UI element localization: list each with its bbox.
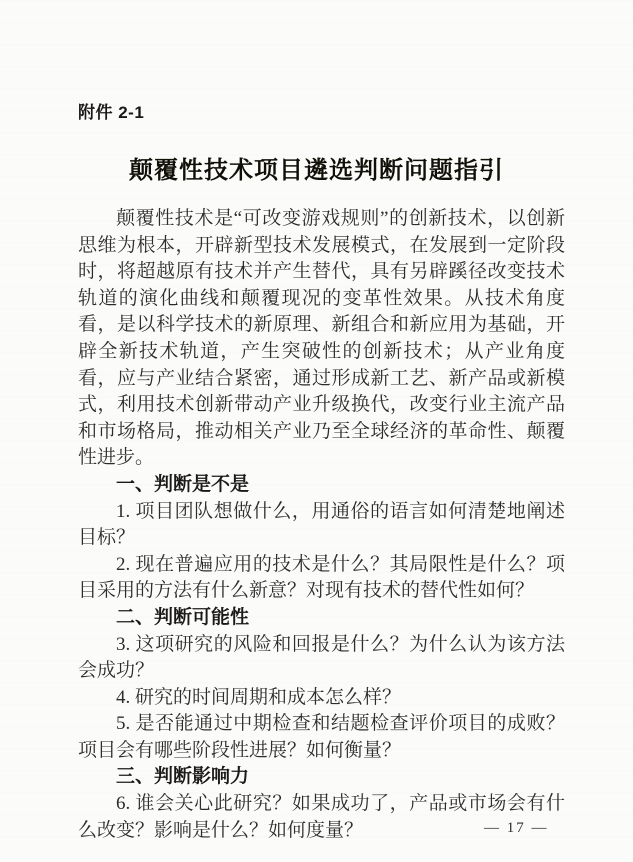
- intro-paragraph: 颠覆性技术是“可改变游戏规则”的创新技术，以创新思维为根本，开辟新型技术发展模式…: [78, 206, 565, 472]
- document-page: 附件 2-1 颠覆性技术项目遴选判断问题指引 颠覆性技术是“可改变游戏规则”的创…: [0, 0, 633, 862]
- section-heading-judge-whether: 一、判断是不是: [78, 472, 565, 499]
- question-item-4: 4. 研究的时间周期和成本怎么样？: [78, 685, 565, 712]
- section-heading-judge-feasibility: 二、判断可能性: [78, 605, 565, 632]
- question-item-5: 5. 是否能通过中期检查和结题检查评价项目的成败？项目会有哪些阶段性进展？如何衡…: [78, 711, 565, 764]
- section-heading-judge-impact: 三、判断影响力: [78, 764, 565, 791]
- document-body: 颠覆性技术是“可改变游戏规则”的创新技术，以创新思维为根本，开辟新型技术发展模式…: [78, 206, 565, 844]
- question-item-2: 2. 现在普遍应用的技术是什么？其局限性是什么？项目采用的方法有什么新意？对现有…: [78, 552, 565, 605]
- page-title: 颠覆性技术项目遴选判断问题指引: [0, 150, 633, 185]
- question-item-1: 1. 项目团队想做什么，用通俗的语言如何清楚地阐述目标？: [78, 499, 565, 552]
- page-number: — 17 —: [484, 820, 549, 837]
- attachment-label: 附件 2-1: [78, 98, 144, 123]
- question-item-3: 3. 这项研究的风险和回报是什么？为什么认为该方法会成功？: [78, 632, 565, 685]
